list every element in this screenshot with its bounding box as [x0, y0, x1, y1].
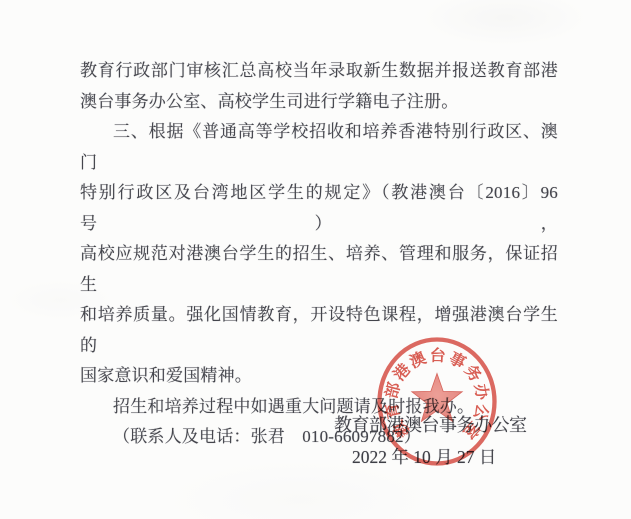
body-line: 和培养质量。强化国情教育，开设特色课程，增强港澳台学生的	[80, 300, 558, 361]
body-line: 高校应规范对港澳台学生的招生、培养、管理和服务，保证招生	[80, 239, 558, 300]
document-page: 教育行政部门审核汇总高校当年录取新生数据并报送教育部港 澳台事务办公室、高校学生…	[0, 0, 631, 519]
signature-org: 教育部港澳台事务办公室	[334, 412, 527, 438]
body-line: 特别行政区及台湾地区学生的规定》（教港澳台〔2016〕96 号），	[80, 178, 558, 239]
signature-date: 2022 年 10 月 27 日	[352, 444, 496, 470]
body-line: 国家意识和爱国精神。	[80, 361, 558, 392]
body-line: 三、根据《普通高等学校招收和培养香港特别行政区、澳门	[80, 117, 558, 178]
body-line: 澳台事务办公室、高校学生司进行学籍电子注册。	[80, 87, 558, 118]
body-line: 教育行政部门审核汇总高校当年录取新生数据并报送教育部港	[80, 56, 558, 87]
document-body: 教育行政部门审核汇总高校当年录取新生数据并报送教育部港 澳台事务办公室、高校学生…	[80, 56, 558, 453]
